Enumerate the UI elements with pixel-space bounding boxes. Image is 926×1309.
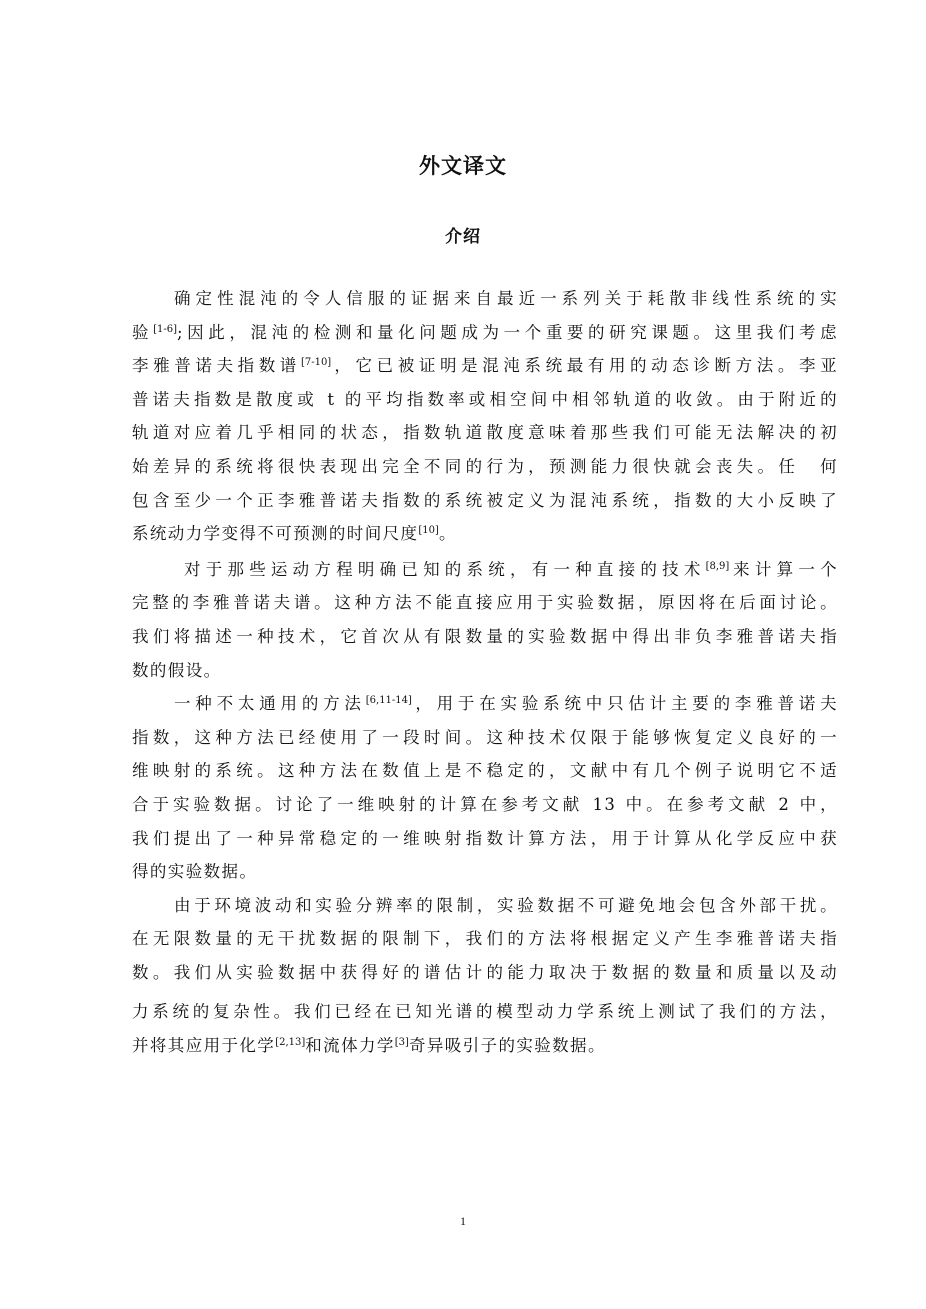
citation: [7-10] <box>301 357 331 368</box>
text-line: 我们将描述一种技术，它首次从有限数量的实验数据中得出非负李雅普诺夫指 <box>132 620 838 654</box>
text-line: 始差异的系统将很快表现出完全不同的行为，预测能力很快就会丧失。任 何 <box>132 450 838 484</box>
text-line: 李雅普诺夫指数谱[7-10]，它已被证明是混沌系统最有用的动态诊断方法。李亚 <box>132 349 838 383</box>
paragraph-3: 一种不太通用的方法[6,11-14]，用于在实验系统中只估计主要的李雅普诺夫 指… <box>132 687 838 889</box>
text-line: 并将其应用于化学[2,13]和流体力学[3]奇异吸引子的实验数据。 <box>132 1029 838 1063</box>
paragraph-2: 对于那些运动方程明确已知的系统，有一种直接的技术[8,9]来计算一个 完整的李雅… <box>132 553 838 687</box>
page-number: 1 <box>0 1214 926 1229</box>
text-line: 维映射的系统。这种方法在数值上是不稳定的，文献中有几个例子说明它不适 <box>132 754 838 788</box>
text-line: 系统动力学变得不可预测的时间尺度[10]。 <box>132 517 838 551</box>
text-line: 指数，这种方法已经使用了一段时间。这种技术仅限于能够恢复定义良好的一 <box>132 721 838 755</box>
citation: [10] <box>418 525 439 536</box>
citation: [6,11-14] <box>366 695 412 706</box>
citation: [3] <box>395 1037 409 1048</box>
text-line: 确定性混沌的令人信服的证据来自最近一系列关于耗散非线性系统的实 <box>132 282 838 316</box>
text-line: 合于实验数据。讨论了一维映射的计算在参考文献 13 中。在参考文献 2 中， <box>132 788 838 822</box>
paragraph-4: 由于环境波动和实验分辨率的限制，实验数据不可避免地会包含外部干扰。 在无限数量的… <box>132 889 838 1063</box>
text-line: 在无限数量的无干扰数据的限制下，我们的方法将根据定义产生李雅普诺夫指 <box>132 922 838 956</box>
text-line: 我们提出了一种异常稳定的一维映射指数计算方法，用于计算从化学反应中获 <box>132 822 838 856</box>
text-line: 数的假设。 <box>132 654 838 688</box>
citation: [8,9] <box>706 561 730 572</box>
text-line: 完整的李雅普诺夫谱。这种方法不能直接应用于实验数据，原因将在后面讨论。 <box>132 586 838 620</box>
text-line: 数。我们从实验数据中获得好的谱估计的能力取决于数据的数量和质量以及动 <box>132 956 838 990</box>
text-line: 得的实验数据。 <box>132 855 838 889</box>
text-line: 普诺夫指数是散度或 t 的平均指数率或相空间中相邻轨道的收敛。由于附近的 <box>132 383 838 417</box>
text-line: 对于那些运动方程明确已知的系统，有一种直接的技术[8,9]来计算一个 <box>132 553 838 587</box>
text-line: 由于环境波动和实验分辨率的限制，实验数据不可避免地会包含外部干扰。 <box>132 889 838 923</box>
document-page: 外文译文 介绍 确定性混沌的令人信服的证据来自最近一系列关于耗散非线性系统的实 … <box>0 0 926 1309</box>
text-line: 轨道对应着几乎相同的状态，指数轨道散度意味着那些我们可能无法解决的初 <box>132 416 838 450</box>
text-line: 一种不太通用的方法[6,11-14]，用于在实验系统中只估计主要的李雅普诺夫 <box>132 687 838 721</box>
citation: [1-6] <box>153 324 177 335</box>
body-text: 确定性混沌的令人信服的证据来自最近一系列关于耗散非线性系统的实 验[1-6];因… <box>132 282 838 1063</box>
text-line: 力系统的复杂性。我们已经在已知光谱的模型动力学系统上测试了我们的方法， <box>132 995 838 1029</box>
text-line: 验[1-6];因此，混沌的检测和量化问题成为一个重要的研究课题。这里我们考虑 <box>132 316 838 350</box>
document-title: 外文译文 <box>0 150 926 180</box>
section-heading: 介绍 <box>0 222 926 247</box>
text-line: 包含至少一个正李雅普诺夫指数的系统被定义为混沌系统，指数的大小反映了 <box>132 484 838 518</box>
paragraph-1: 确定性混沌的令人信服的证据来自最近一系列关于耗散非线性系统的实 验[1-6];因… <box>132 282 838 551</box>
citation: [2,13] <box>275 1037 305 1048</box>
